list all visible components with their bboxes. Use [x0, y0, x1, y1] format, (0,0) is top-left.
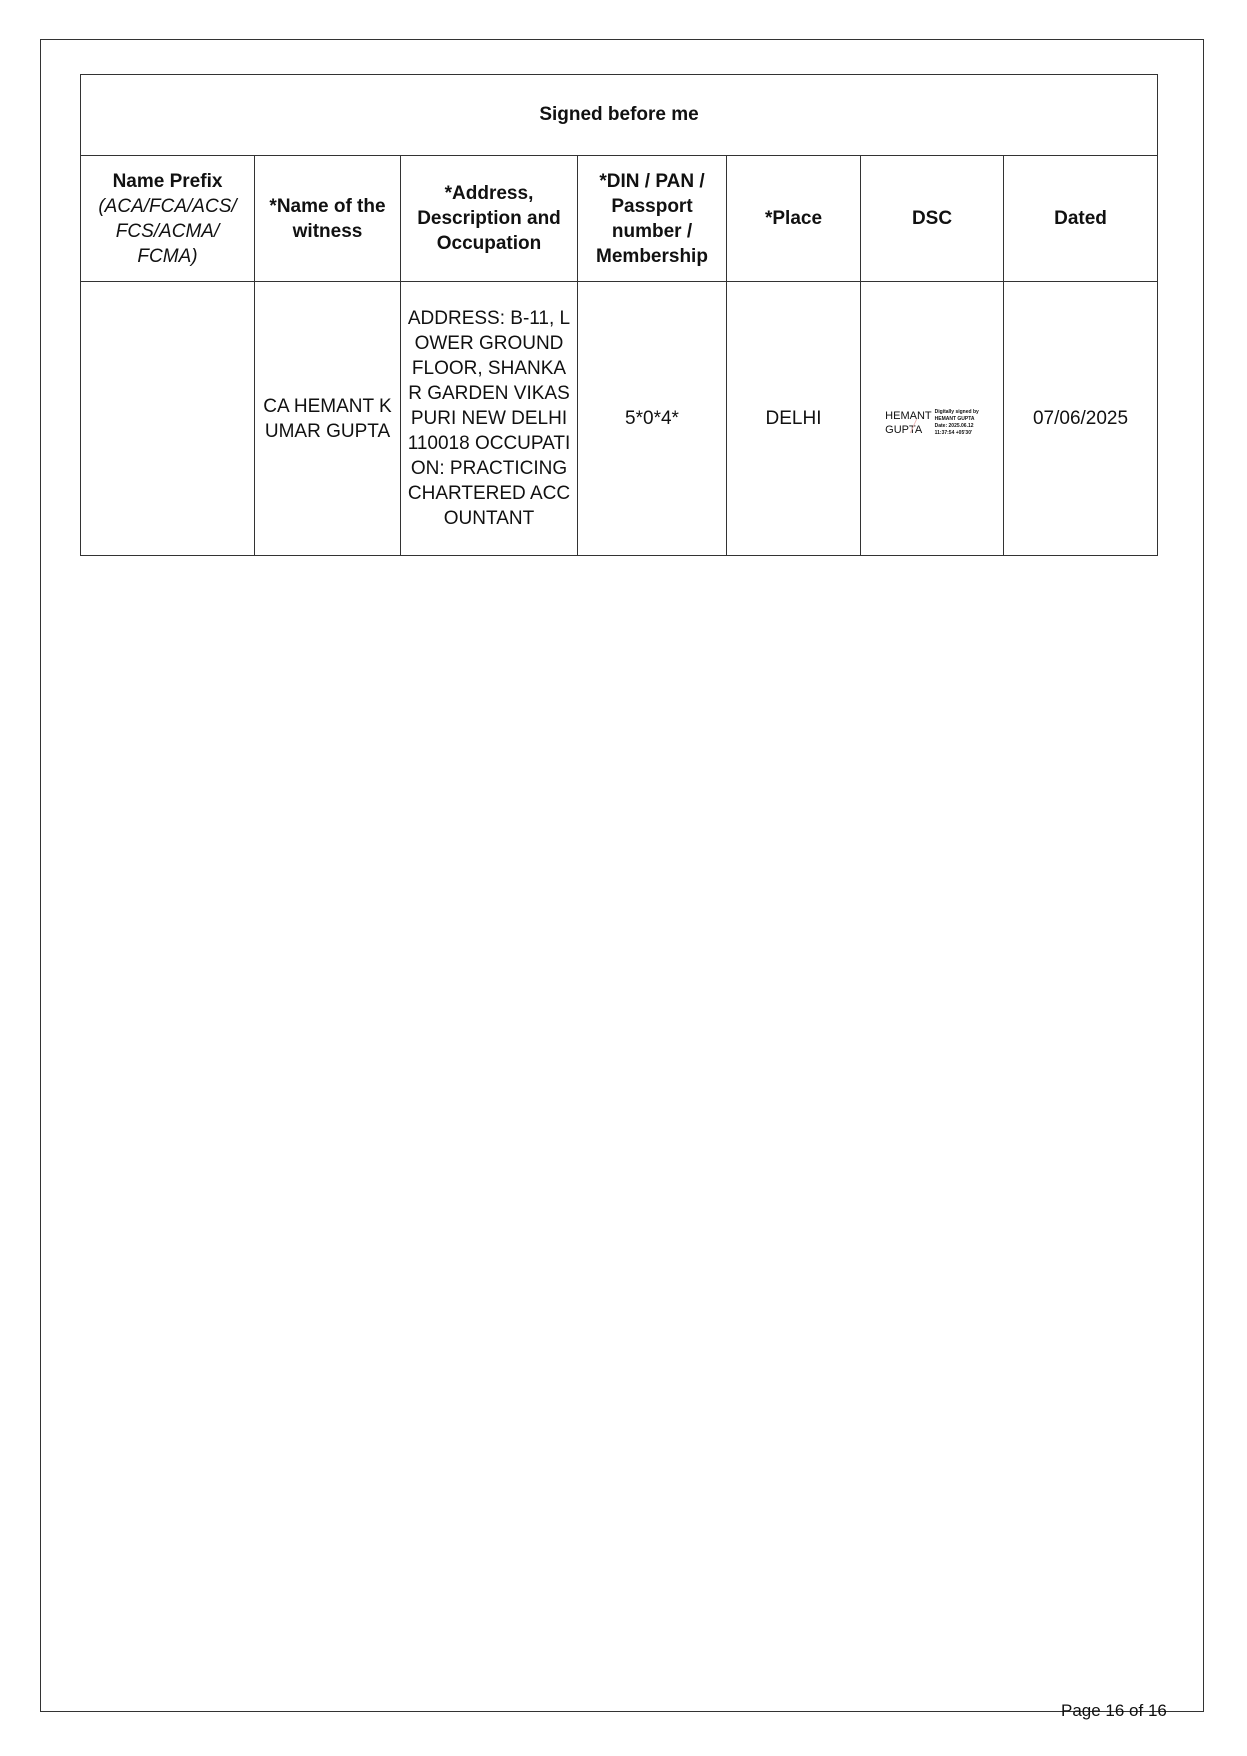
dsc-info-line: HEMANT GUPTA — [935, 416, 979, 423]
cell-dsc: HEMANT GUPTA Digitally signed by HEMANT … — [861, 282, 1004, 556]
header-name-prefix: Name Prefix (ACA/FCA/ACS/ FCS/ACMA/ FCMA… — [81, 156, 255, 282]
dsc-info-line: Date: 2025.06.12 — [935, 423, 979, 430]
header-address: *Address, Description and Occupation — [401, 156, 578, 282]
dsc-info-line: 11:37:54 +05'30' — [935, 430, 979, 437]
page-number: Page 16 of 16 — [1061, 1701, 1167, 1721]
witness-table: Signed before me Name Prefix (ACA/FCA/AC… — [80, 74, 1158, 556]
header-dsc: DSC — [861, 156, 1004, 282]
cell-place: DELHI — [727, 282, 861, 556]
cell-address: ADDRESS: B-11, LOWER GROUND FLOOR, SHANK… — [401, 282, 578, 556]
cell-din: 5*0*4* — [578, 282, 727, 556]
header-dated: Dated — [1004, 156, 1158, 282]
header-label: Name Prefix — [113, 171, 223, 192]
digital-signature[interactable]: HEMANT GUPTA Digitally signed by HEMANT … — [885, 409, 979, 437]
cell-name-prefix — [81, 282, 255, 556]
header-sublabel: (ACA/FCA/ACS/ FCS/ACMA/ FCMA) — [87, 194, 248, 269]
header-din: *DIN / PAN / Passport number / Membershi… — [578, 156, 727, 282]
cell-dated: 07/06/2025 — [1004, 282, 1158, 556]
dsc-info-line: Digitally signed by — [935, 409, 979, 416]
cell-witness-name: CA HEMANT KUMAR GUPTA — [255, 282, 401, 556]
dsc-details: Digitally signed by HEMANT GUPTA Date: 2… — [935, 409, 979, 437]
header-witness-name: *Name of the witness — [255, 156, 401, 282]
table-title: Signed before me — [81, 75, 1158, 156]
table-row: CA HEMANT KUMAR GUPTA ADDRESS: B-11, LOW… — [81, 282, 1158, 556]
header-place: *Place — [727, 156, 861, 282]
header-row: Name Prefix (ACA/FCA/ACS/ FCS/ACMA/ FCMA… — [81, 156, 1158, 282]
